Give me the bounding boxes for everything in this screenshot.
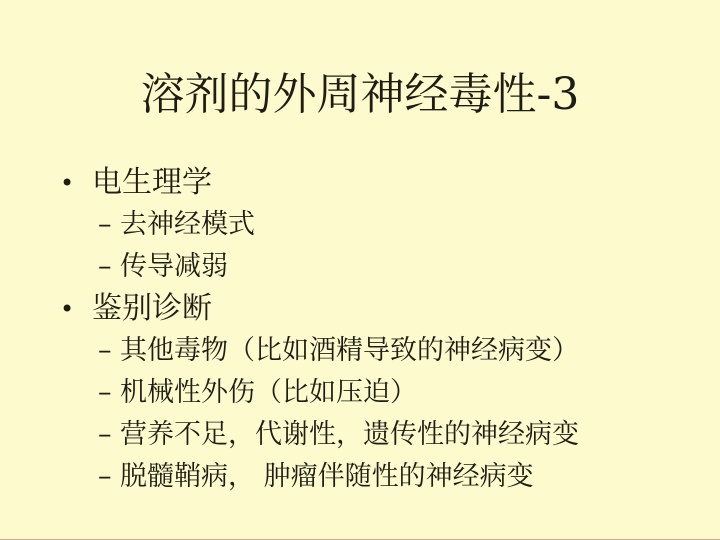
presentation-slide: 溶剂的外周神经毒性-3 • 电生理学 – 去神经模式 – 传导减弱 • 鉴别诊断… [0, 0, 720, 540]
list-item-text: 脱髓鞘病， 肿瘤伴随性的神经病变 [120, 456, 534, 498]
bullet-list: • 电生理学 – 去神经模式 – 传导减弱 • 鉴别诊断 – 其他毒物（比如酒精… [58, 162, 700, 498]
slide-title: 溶剂的外周神经毒性-3 [0, 58, 720, 122]
dash-icon: – [98, 414, 120, 456]
list-item-text: 其他毒物（比如酒精导致的神经病变） [120, 330, 579, 372]
list-item: • 鉴别诊断 [58, 288, 700, 330]
list-item: – 传导减弱 [98, 246, 700, 288]
list-item-text: 电生理学 [92, 162, 212, 204]
list-item-text: 鉴别诊断 [92, 288, 212, 330]
bullet-icon: • [58, 288, 92, 330]
bullet-icon: • [58, 162, 92, 204]
dash-icon: – [98, 246, 120, 288]
list-item: – 脱髓鞘病， 肿瘤伴随性的神经病变 [98, 456, 700, 498]
list-item-text: 营养不足，代谢性，遗传性的神经病变 [120, 414, 579, 456]
list-item: – 营养不足，代谢性，遗传性的神经病变 [98, 414, 700, 456]
list-item-text: 传导减弱 [120, 246, 228, 288]
list-item-text: 机械性外伤（比如压迫） [120, 372, 417, 414]
list-item: • 电生理学 [58, 162, 700, 204]
dash-icon: – [98, 456, 120, 498]
list-item: – 机械性外伤（比如压迫） [98, 372, 700, 414]
list-item-text: 去神经模式 [120, 204, 255, 246]
dash-icon: – [98, 330, 120, 372]
dash-icon: – [98, 204, 120, 246]
list-item: – 去神经模式 [98, 204, 700, 246]
list-item: – 其他毒物（比如酒精导致的神经病变） [98, 330, 700, 372]
dash-icon: – [98, 372, 120, 414]
